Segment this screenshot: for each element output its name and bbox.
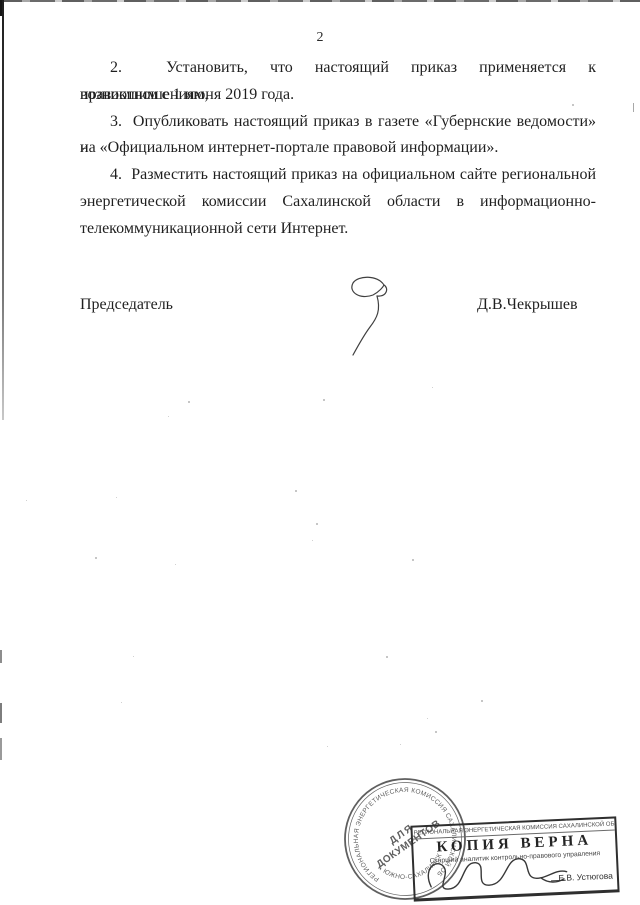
chairman-signature (338, 272, 398, 360)
scan-artifact (0, 738, 2, 760)
scan-speck (400, 744, 401, 745)
paragraph-line: 4. Разместить настоящий приказ на официа… (80, 162, 596, 189)
scanned-document-page: 2 2. Установить, что настоящий приказ пр… (0, 0, 640, 905)
copy-stamp: РЕГИОНАЛЬНАЯ ЭНЕРГЕТИЧЕСКАЯ КОМИССИЯ САХ… (410, 816, 619, 901)
scan-speck (427, 718, 428, 719)
document-body: 2. Установить, что настоящий приказ прим… (80, 55, 596, 243)
signer-title: Председатель (80, 296, 173, 314)
scan-speck (412, 559, 414, 561)
copy-stamp-certifier-name: Е.В. Устюгова (558, 871, 613, 883)
scan-speck (95, 557, 97, 559)
paragraph-line: энергетической комиссии Сахалинской обла… (80, 189, 596, 216)
copy-stamp-signature-row: Е.В. Устюгова (414, 856, 617, 891)
scan-speck (168, 416, 169, 417)
scan-speck (386, 656, 388, 658)
scan-speck (295, 490, 297, 492)
scan-speck (175, 564, 176, 565)
scan-speck (312, 540, 313, 541)
scan-speck (26, 500, 27, 501)
scan-speck (323, 399, 325, 401)
scan-speck (432, 387, 433, 388)
page-number: 2 (0, 30, 640, 46)
paragraph-line: телекоммуникационной сети Интернет. (80, 216, 596, 243)
signer-name: Д.В.Чекрышев (477, 296, 578, 314)
paragraph-line: на «Официальном интернет-портале правово… (80, 135, 596, 162)
scan-artifact (0, 650, 2, 663)
scan-artifact (0, 703, 2, 723)
scan-speck (327, 746, 328, 747)
scan-speck (481, 700, 483, 702)
scan-artifact (633, 103, 634, 112)
scan-artifact-left-edge (2, 0, 4, 420)
scan-speck (121, 702, 122, 703)
scan-speck (435, 731, 437, 733)
scan-speck (316, 523, 318, 525)
paragraph-line: возникшим с 1 июня 2019 года. (80, 82, 596, 109)
scan-speck (188, 401, 190, 403)
paragraph-line: 3. Опубликовать настоящий приказ в газет… (80, 109, 596, 136)
scan-speck (133, 656, 134, 657)
analyst-signature (420, 848, 574, 895)
scan-artifact-top-edge (0, 0, 640, 2)
paragraph-line: 2. Установить, что настоящий приказ прим… (80, 55, 596, 82)
scan-speck (116, 497, 117, 498)
